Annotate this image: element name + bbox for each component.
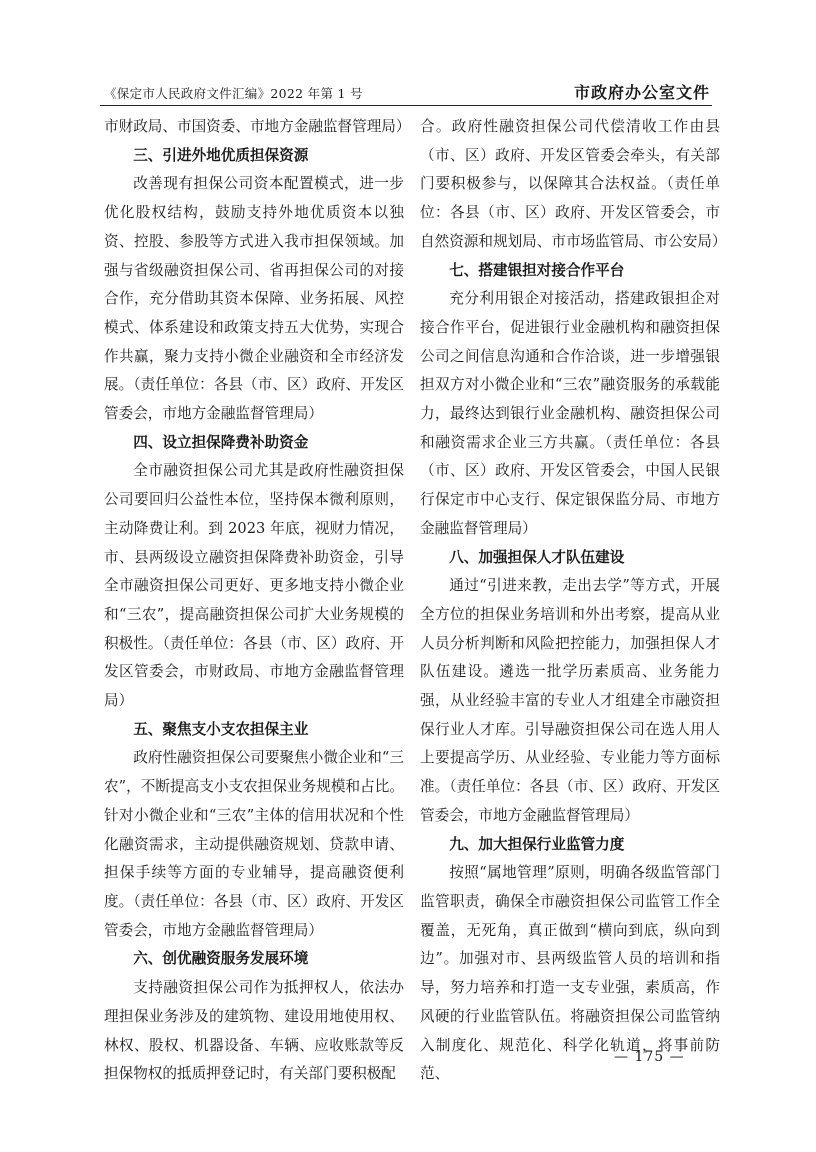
section-body: 充分利用银企对接活动，搭建政银担企对接合作平台，促进银行业金融机构和融资担保公司… — [420, 285, 720, 543]
section-heading: 六、创优融资服务发展环境 — [104, 945, 404, 974]
page-number: — 175 — — [614, 1049, 685, 1065]
left-column: 市财政局、市国资委、市地方金融监督管理局） 三、引进外地优质担保资源 改善现有担… — [104, 113, 404, 1089]
running-header: 《保定市人民政府文件汇编》2022 年第 1 号 市政府办公室文件 — [104, 78, 710, 104]
continuation-paragraph: 市财政局、市国资委、市地方金融监督管理局） — [104, 113, 404, 142]
section-heading: 七、搭建银担对接合作平台 — [420, 257, 720, 286]
continuation-paragraph: 合。政府性融资担保公司代偿清收工作由县（市、区）政府、开发区管委会牵头，有关部门… — [420, 113, 720, 257]
section-body: 通过“引进来教，走出去学”等方式，开展全方位的担保业务培训和外出考察，提高从业人… — [420, 572, 720, 830]
section-body: 支持融资担保公司作为抵押权人，依法办理担保业务涉及的建筑物、建设用地使用权、林权… — [104, 974, 404, 1089]
section-heading: 五、聚焦支小支农担保主业 — [104, 716, 404, 745]
section-body: 全市融资担保公司尤其是政府性融资担保公司要回归公益性本位，坚持保本微利原则，主动… — [104, 457, 404, 715]
section-body: 改善现有担保公司资本配置模式，进一步优化股权结构，鼓励支持外地优质资本以独资、控… — [104, 170, 404, 428]
section-heading: 三、引进外地优质担保资源 — [104, 142, 404, 171]
section-title: 市政府办公室文件 — [574, 80, 710, 103]
header-divider — [100, 105, 712, 106]
section-body: 政府性融资担保公司要聚焦小微企业和“三农”，不断提高支小支农担保业务规模和占比。… — [104, 744, 404, 945]
section-heading: 九、加大担保行业监管力度 — [420, 831, 720, 860]
right-column: 合。政府性融资担保公司代偿清收工作由县（市、区）政府、开发区管委会牵头，有关部门… — [420, 113, 720, 1089]
section-heading: 八、加强担保人才队伍建设 — [420, 544, 720, 573]
publication-title: 《保定市人民政府文件汇编》2022 年第 1 号 — [104, 84, 363, 102]
section-heading: 四、设立担保降费补助资金 — [104, 429, 404, 458]
